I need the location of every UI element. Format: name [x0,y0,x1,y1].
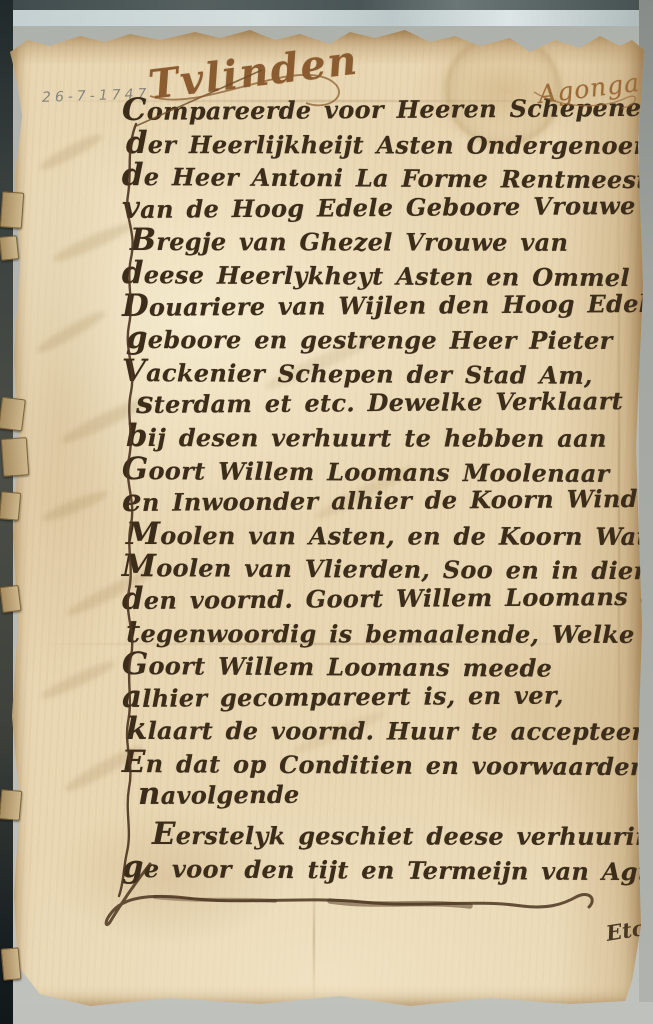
manuscript-line: Eerstelyk geschiet deese verhuurin, [152,816,650,849]
manuscript-line: Moolen van Asten, en de Koorn Wate [126,516,650,550]
ink-showthrough [40,487,109,524]
scanned-manuscript-page: 26-7-1747 Tvlinden Agonga Compareerde vo… [0,0,653,1024]
binding-tab [0,397,26,432]
manuscript-line: Douariere van Wijlen den Hoog Edele [122,283,650,320]
manuscript-line: ge voor den tijt en Termeijn van Agt [122,849,650,885]
manuscript-line: alhier gecompareert is, en ver, [122,675,650,712]
scanner-bed-bottom [0,1002,653,1024]
manuscript-text-block: Compareerde voor Heeren Schepenen der He… [122,92,650,881]
manuscript-line: Bregje van Ghezel Vrouwe van [130,222,650,256]
binding-tab [0,191,24,228]
binding-tab [0,235,19,261]
binding-tab [0,585,22,613]
ink-showthrough [37,130,104,173]
manuscript-line: tegenwoordig is bemaalende, Welke [126,614,650,648]
scanner-top-bar [0,0,653,10]
manuscript-line: navolgende [138,772,650,809]
manuscript-line: der Heerlijkheijt Asten Ondergenoemt [126,125,650,159]
paper-crease [313,866,315,1008]
scanner-top-band [0,10,653,26]
scanner-bed-right [639,0,653,1024]
manuscript-line: Compareerde voor Heeren Schepenen [122,88,650,125]
manuscript-line: sterdam et etc. Dewelke Verklaart [136,381,650,418]
manuscript-line: van de Hoog Edele Geboore Vrouwe [122,186,650,223]
manuscript-line: bij desen verhuurt te hebben aan [126,418,650,452]
ink-showthrough [39,658,117,703]
manuscript-line: den voornd. Goort Willem Loomans die [122,577,650,614]
manuscript-line: en Inwoonder alhier de Koorn Wind [122,479,650,516]
manuscript-line: geboore en gestrenge Heer Pieter [126,320,650,354]
manuscript-paper: 26-7-1747 Tvlinden Agonga Compareerde vo… [10,26,644,1008]
binding-tab [1,947,22,980]
ink-showthrough [34,307,108,356]
manuscript-line: klaart de voornd. Huur te accepteere [126,711,650,745]
binding-tab [0,491,21,521]
binding-tab [0,789,22,821]
binding-tab [1,437,30,477]
